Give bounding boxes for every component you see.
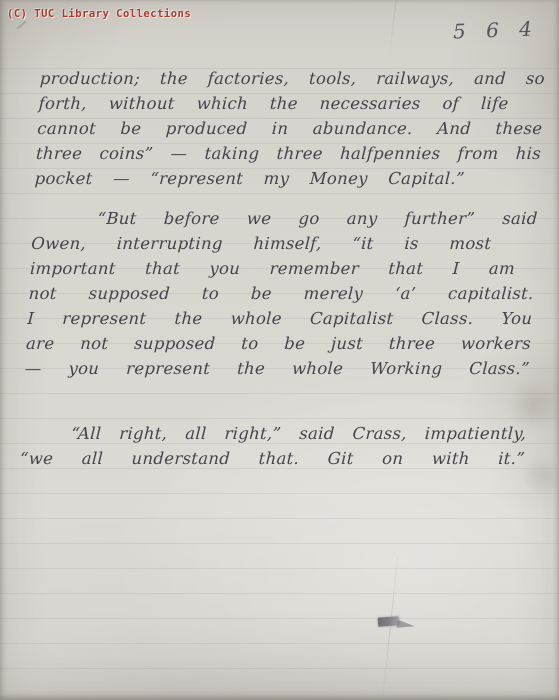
text-line: cannot be produced in abundance. And the… bbox=[37, 116, 543, 141]
handwritten-text: production; the factories, tools, railwa… bbox=[19, 66, 545, 471]
text-line: not supposed to be merely ‘a’ capitalist… bbox=[28, 281, 534, 306]
text-line: pocket — “represent my Money Capital.” bbox=[34, 166, 465, 191]
text-line: “we all understand that. Git on with it.… bbox=[19, 446, 525, 471]
page-number: 5 6 4 bbox=[453, 17, 540, 44]
scratch-mark bbox=[17, 21, 26, 29]
text-line: “But before we go any further” said bbox=[97, 206, 538, 231]
text-line: production; the factories, tools, railwa… bbox=[39, 66, 545, 91]
paragraph: “But before we go any further” said Owen… bbox=[24, 206, 538, 381]
watermark-label: (C) TUC Library Collections bbox=[7, 8, 191, 20]
paragraph: production; the factories, tools, railwa… bbox=[34, 66, 546, 191]
manuscript-page: (C) TUC Library Collections 5 6 4 produc… bbox=[0, 0, 559, 700]
text-line: are not supposed to be just three worker… bbox=[25, 331, 531, 356]
text-line: important that you remember that I am bbox=[29, 256, 515, 281]
crease-mark bbox=[388, 0, 398, 65]
text-line: three coins” — taking three halfpennies … bbox=[35, 141, 541, 166]
text-line: forth, without which the necessaries of … bbox=[38, 91, 509, 116]
pencil-smudge-tail bbox=[397, 620, 416, 630]
paragraph: “All right, all right,” said Crass, impa… bbox=[19, 421, 527, 471]
text-line: I represent the whole Capitalist Class. … bbox=[27, 306, 533, 331]
paper-stain bbox=[520, 455, 559, 495]
text-line: Owen, interrupting himself, “it is most bbox=[31, 231, 492, 256]
text-line: — you represent the whole Working Class.… bbox=[24, 356, 530, 381]
text-line: “All right, all right,” said Crass, impa… bbox=[71, 421, 527, 446]
